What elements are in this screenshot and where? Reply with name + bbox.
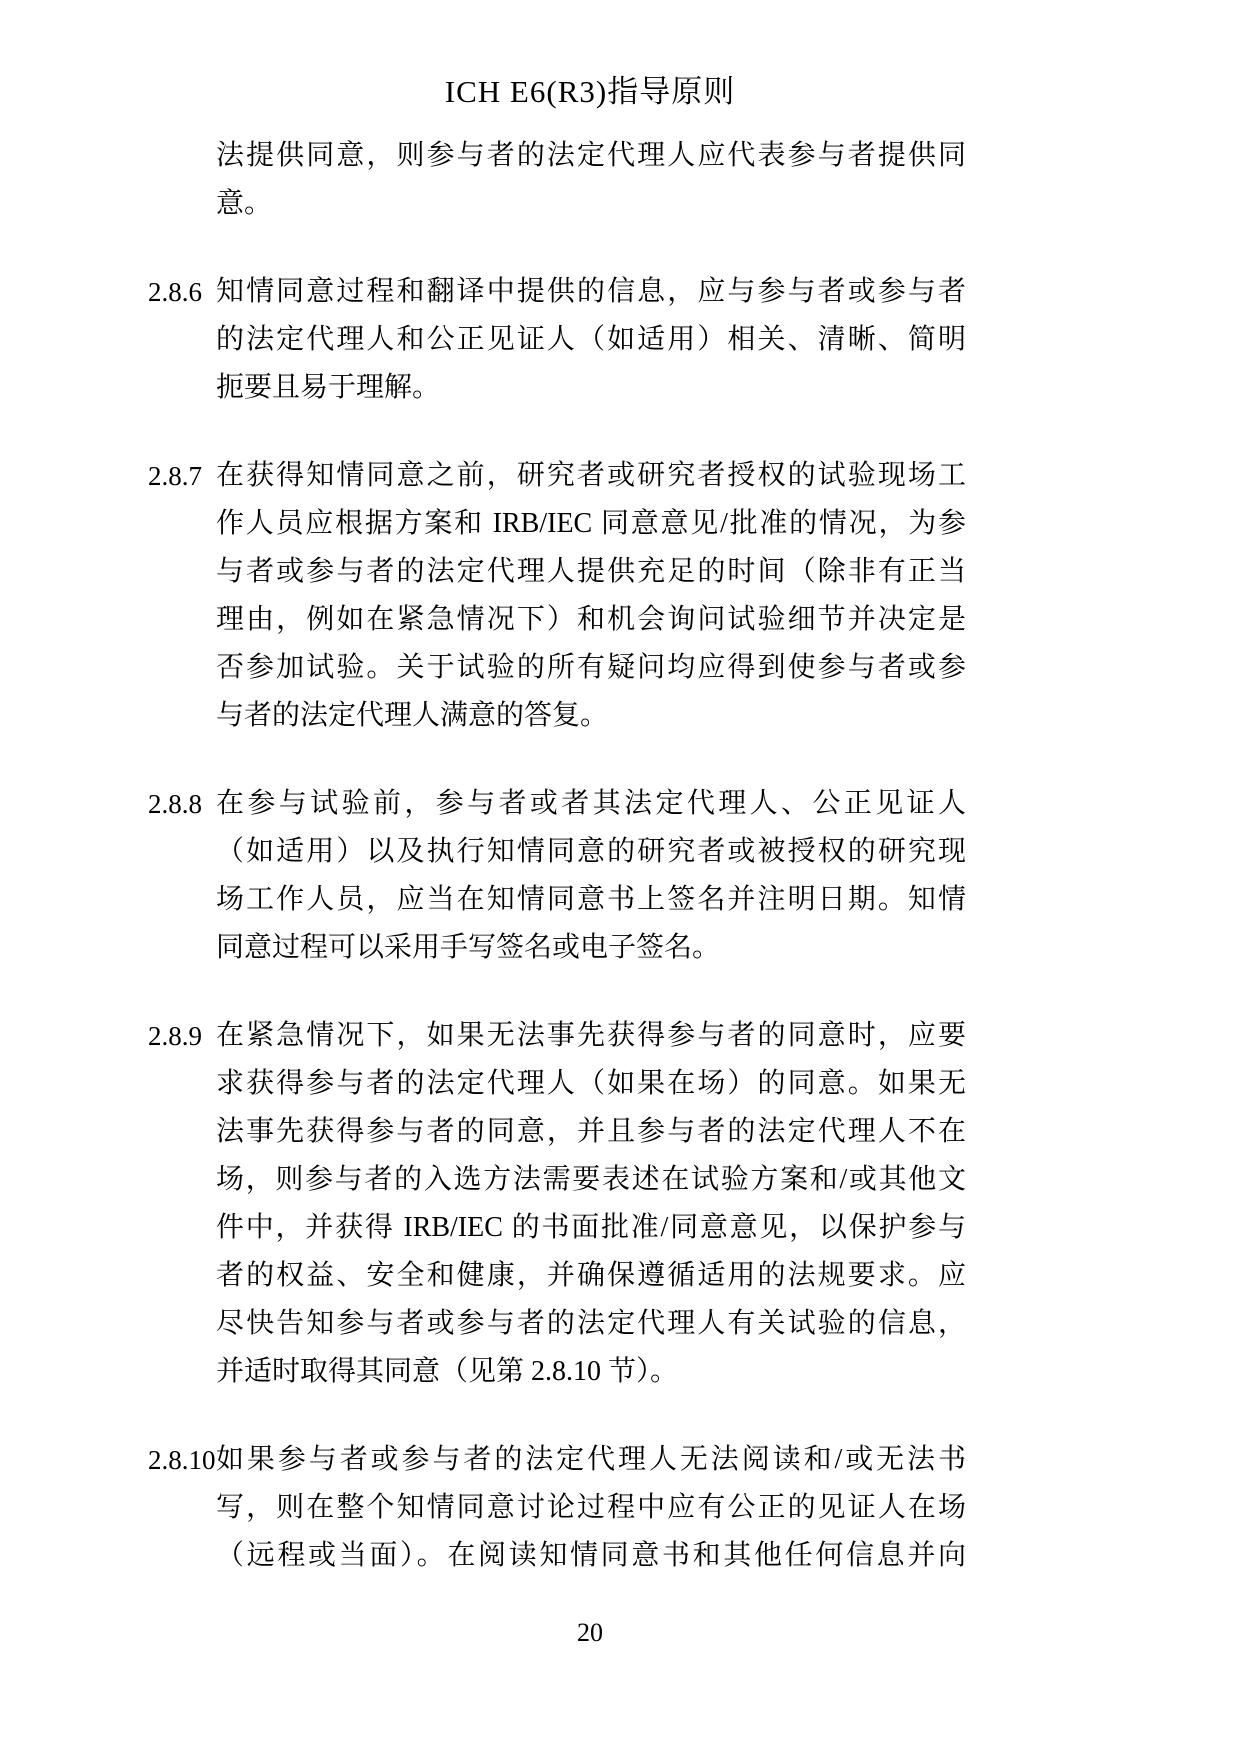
text-line: 理由，例如在紧急情况下）和机会询问试验细节并决定是 bbox=[216, 596, 966, 644]
text-line: 写，则在整个知情同意讨论过程中应有公正的见证人在场 bbox=[216, 1484, 966, 1532]
text-line: （远程或当面）。在阅读知情同意书和其他任何信息并向 bbox=[216, 1532, 966, 1580]
text-line: 在获得知情同意之前，研究者或研究者授权的试验现场工 bbox=[216, 452, 966, 500]
document-page: ICH E6(R3)指导原则 法提供同意，则参与者的法定代理人应代表参与者提供同… bbox=[0, 0, 1241, 1755]
text-line: 并适时取得其同意（见第 2.8.10 节）。 bbox=[216, 1348, 966, 1396]
text-line: 尽快告知参与者或参与者的法定代理人有关试验的信息， bbox=[216, 1300, 966, 1348]
section-2.8.8: 2.8.8在参与试验前，参与者或者其法定代理人、公正见证人（如适用）以及执行知情… bbox=[148, 780, 968, 972]
section-number: 2.8.9 bbox=[148, 1012, 216, 1060]
text-line: 在紧急情况下，如果无法事先获得参与者的同意时，应要 bbox=[216, 1012, 966, 1060]
page-number: 20 bbox=[215, 1618, 965, 1648]
document-content: 法提供同意，则参与者的法定代理人应代表参与者提供同意。2.8.6知情同意过程和翻… bbox=[148, 132, 968, 1620]
text-line: 如果参与者或参与者的法定代理人无法阅读和/或无法书 bbox=[216, 1436, 966, 1484]
section-body: 知情同意过程和翻译中提供的信息，应与参与者或参与者的法定代理人和公正见证人（如适… bbox=[216, 268, 966, 412]
section-number: 2.8.8 bbox=[148, 780, 216, 828]
section-2.8.9: 2.8.9在紧急情况下，如果无法事先获得参与者的同意时，应要求获得参与者的法定代… bbox=[148, 1012, 968, 1396]
section-2.8.7: 2.8.7在获得知情同意之前，研究者或研究者授权的试验现场工作人员应根据方案和 … bbox=[148, 452, 968, 740]
text-line: 与者的法定代理人满意的答复。 bbox=[216, 692, 966, 740]
text-line: 意。 bbox=[216, 180, 966, 228]
section-number: 2.8.6 bbox=[148, 268, 216, 316]
text-line: 法提供同意，则参与者的法定代理人应代表参与者提供同 bbox=[216, 132, 966, 180]
section-body: 在紧急情况下，如果无法事先获得参与者的同意时，应要求获得参与者的法定代理人（如果… bbox=[216, 1012, 966, 1396]
section-body: 在获得知情同意之前，研究者或研究者授权的试验现场工作人员应根据方案和 IRB/I… bbox=[216, 452, 966, 740]
section-number: 2.8.10 bbox=[148, 1436, 216, 1484]
text-line: 作人员应根据方案和 IRB/IEC 同意意见/批准的情况，为参 bbox=[216, 500, 966, 548]
text-line: 场，则参与者的入选方法需要表述在试验方案和/或其他文 bbox=[216, 1156, 966, 1204]
section-2.8.6: 2.8.6知情同意过程和翻译中提供的信息，应与参与者或参与者的法定代理人和公正见… bbox=[148, 268, 968, 412]
text-line: 场工作人员，应当在知情同意书上签名并注明日期。知情 bbox=[216, 876, 966, 924]
text-line: 在参与试验前，参与者或者其法定代理人、公正见证人 bbox=[216, 780, 966, 828]
text-line: 扼要且易于理解。 bbox=[216, 364, 966, 412]
text-line: 知情同意过程和翻译中提供的信息，应与参与者或参与者 bbox=[216, 268, 966, 316]
text-line: 的法定代理人和公正见证人（如适用）相关、清晰、简明 bbox=[216, 316, 966, 364]
page-header-title: ICH E6(R3)指导原则 bbox=[215, 66, 965, 111]
text-line: 同意过程可以采用手写签名或电子签名。 bbox=[216, 924, 966, 972]
section-body: 在参与试验前，参与者或者其法定代理人、公正见证人（如适用）以及执行知情同意的研究… bbox=[216, 780, 966, 972]
text-line: 求获得参与者的法定代理人（如果在场）的同意。如果无 bbox=[216, 1060, 966, 1108]
text-line: 否参加试验。关于试验的所有疑问均应得到使参与者或参 bbox=[216, 644, 966, 692]
text-line: 与者或参与者的法定代理人提供充足的时间（除非有正当 bbox=[216, 548, 966, 596]
text-line: （如适用）以及执行知情同意的研究者或被授权的研究现 bbox=[216, 828, 966, 876]
section-2.8.10: 2.8.10如果参与者或参与者的法定代理人无法阅读和/或无法书写，则在整个知情同… bbox=[148, 1436, 968, 1580]
continuation-paragraph: 法提供同意，则参与者的法定代理人应代表参与者提供同意。 bbox=[148, 132, 968, 228]
section-body: 如果参与者或参与者的法定代理人无法阅读和/或无法书写，则在整个知情同意讨论过程中… bbox=[216, 1436, 966, 1580]
text-line: 者的权益、安全和健康，并确保遵循适用的法规要求。应 bbox=[216, 1252, 966, 1300]
section-number: 2.8.7 bbox=[148, 452, 216, 500]
text-line: 件中，并获得 IRB/IEC 的书面批准/同意意见，以保护参与 bbox=[216, 1204, 966, 1252]
text-line: 法事先获得参与者的同意，并且参与者的法定代理人不在 bbox=[216, 1108, 966, 1156]
section-body: 法提供同意，则参与者的法定代理人应代表参与者提供同意。 bbox=[216, 132, 966, 228]
